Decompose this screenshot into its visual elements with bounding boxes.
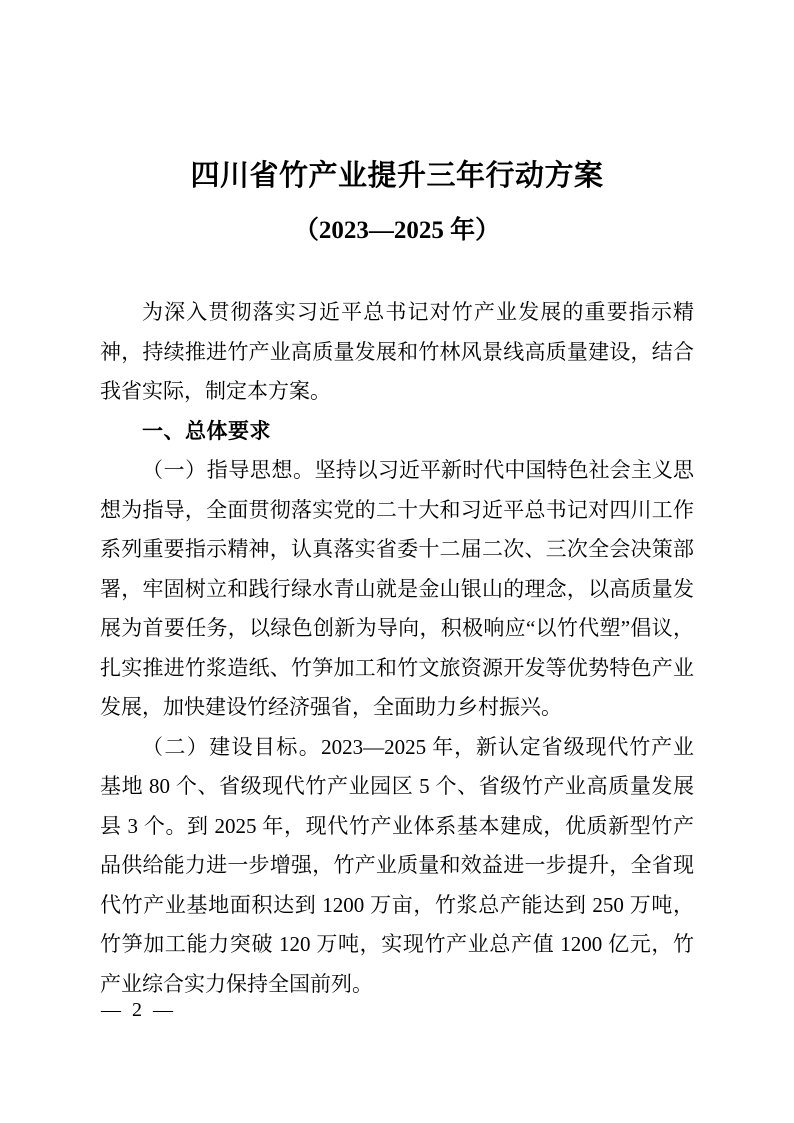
document-subtitle: （2023—2025 年）	[0, 215, 794, 246]
paragraph-guiding-ideology: （一）指导思想。坚持以习近平新时代中国特色社会主义思想为指导，全面贯彻落实党的二…	[100, 451, 694, 728]
section-heading-overall-requirements: 一、总体要求	[100, 412, 694, 452]
paragraph-label-construction-goals: （二）建设目标。	[142, 735, 321, 759]
page-number: — 2 —	[101, 999, 173, 1021]
document-page: 四川省竹产业提升三年行动方案 （2023—2025 年） 为深入贯彻落实习近平总…	[0, 0, 794, 1123]
paragraph-intro: 为深入贯彻落实习近平总书记对竹产业发展的重要指示精神，持续推进竹产业高质量发展和…	[100, 293, 694, 412]
document-title: 四川省竹产业提升三年行动方案	[0, 159, 794, 194]
paragraph-intro-text: 为深入贯彻落实习近平总书记对竹产业发展的重要指示精神，持续推进竹产业高质量发展和…	[100, 300, 694, 403]
paragraph-construction-goals: （二）建设目标。2023—2025 年，新认定省级现代竹产业基地 80 个、省级…	[100, 728, 694, 1005]
paragraph-text-construction-goals: 2023—2025 年，新认定省级现代竹产业基地 80 个、省级现代竹产业园区 …	[100, 735, 694, 996]
paragraph-text-guiding-ideology: 坚持以习近平新时代中国特色社会主义思想为指导，全面贯彻落实党的二十大和习近平总书…	[100, 458, 694, 719]
paragraph-label-guiding-ideology: （一）指导思想。	[142, 458, 315, 482]
document-body: 为深入贯彻落实习近平总书记对竹产业发展的重要指示精神，持续推进竹产业高质量发展和…	[100, 293, 694, 1004]
